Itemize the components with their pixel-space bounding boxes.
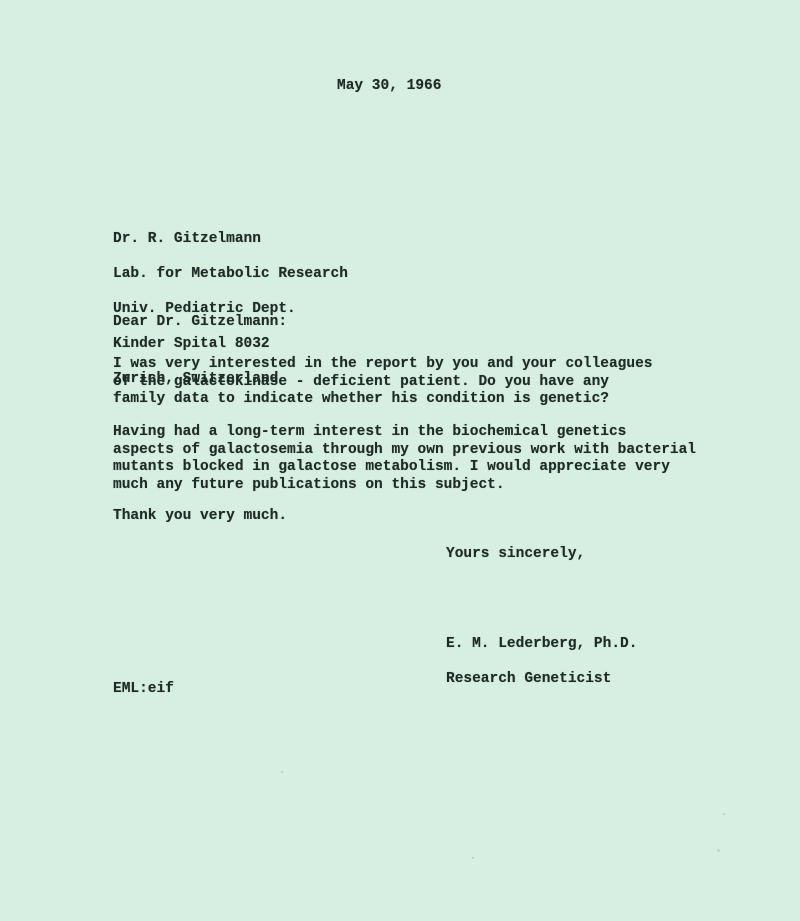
scan-speck [472,857,474,859]
signature-name: E. M. Lederberg, Ph.D. [446,636,637,654]
recipient-line: Dr. R. Gitzelmann [113,231,348,249]
salutation: Dear Dr. Gitzelmann: [113,314,287,332]
scan-speck [717,849,720,852]
scan-speck [281,771,283,773]
letter-date: May 30, 1966 [337,78,441,96]
complimentary-closing: Yours sincerely, [446,546,585,564]
letter-page: May 30, 1966 Dr. R. Gitzelmann Lab. for … [0,0,800,921]
recipient-line: Lab. for Metabolic Research [113,266,348,284]
signature-title: Research Geneticist [446,671,637,689]
signature-block: E. M. Lederberg, Ph.D. Research Genetici… [446,618,637,706]
typist-reference-initials: EML:eif [113,681,174,699]
body-paragraph-2: Having had a long-term interest in the b… [113,424,696,494]
scan-speck [723,813,725,815]
body-paragraph-1: I was very interested in the report by y… [113,356,653,409]
recipient-line: Kinder Spital 8032 [113,336,348,354]
body-paragraph-thanks: Thank you very much. [113,508,287,526]
